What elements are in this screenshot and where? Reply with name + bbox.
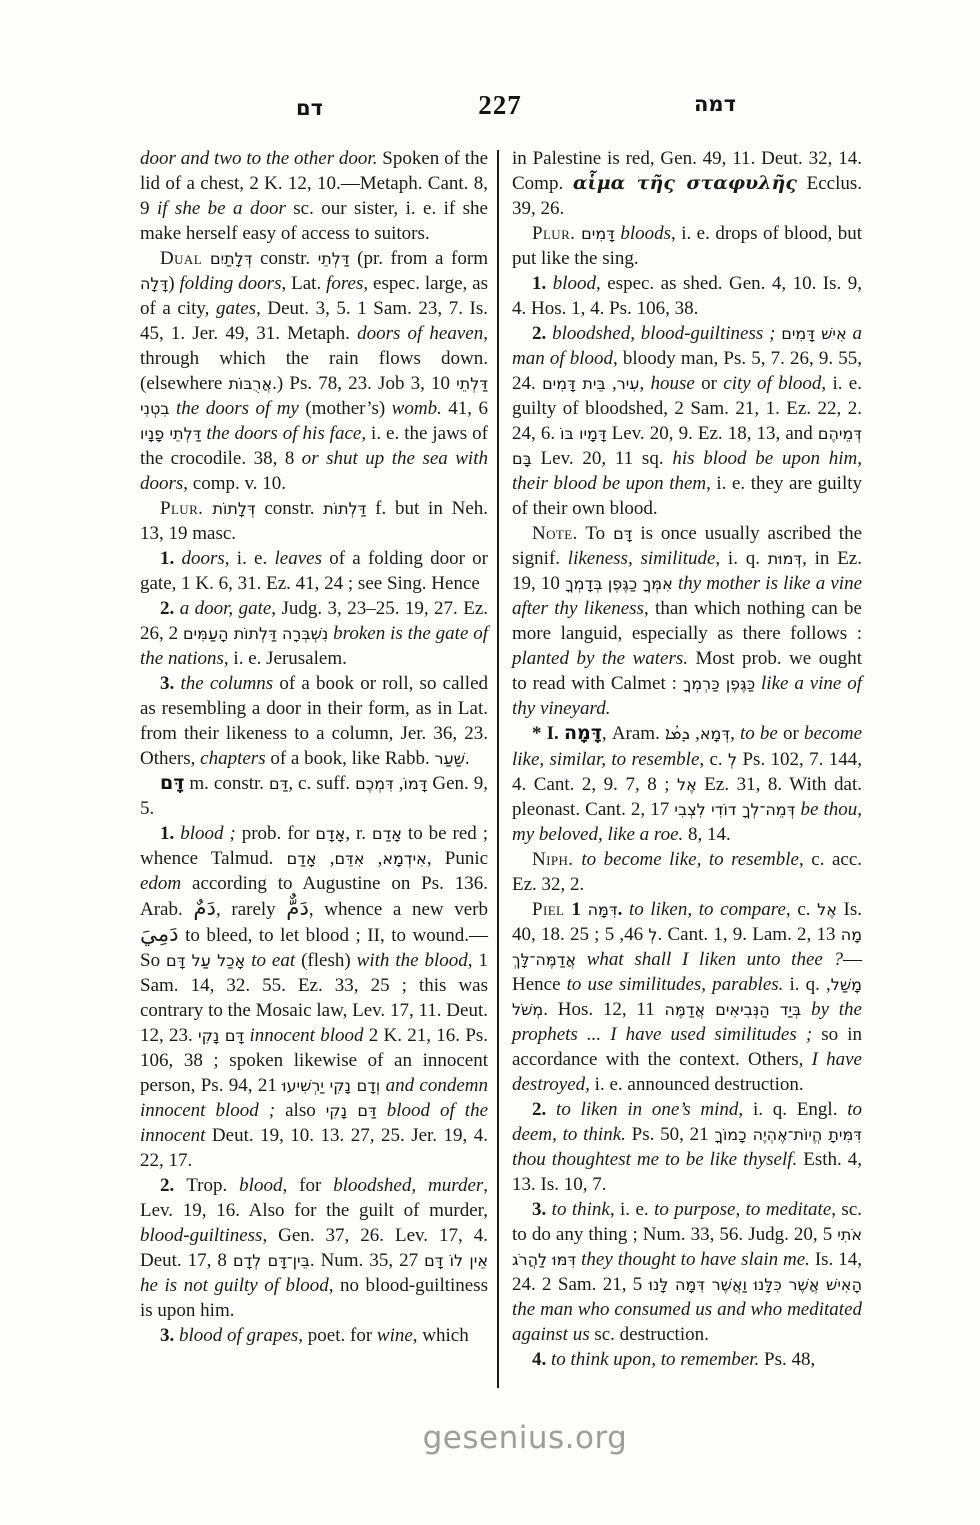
text-run-n: Ps. 48, [759,1349,815,1370]
text-run-b: 3. [160,673,180,694]
paragraph: * I. דָּמָה, Aram. דְּמָא, ܕܡܳܐ, to be o… [512,721,862,847]
text-run-he: אֶל [817,900,837,919]
text-run-n [801,999,811,1020]
text-run-i: bloodshed, murder [333,1175,483,1196]
column-divider-rule [497,150,499,1388]
text-run-he: שַׁעַר [434,749,464,768]
text-run-he: וְדָם נָקִי יַרְשִׁיעוּ [282,1076,380,1095]
text-run-he: דָּמָיו בּוֹ [560,424,606,443]
text-run-n: prob. for [236,823,316,844]
paragraph: 2. to liken in one’s mind, i. q. Engl. t… [512,1097,862,1197]
text-run-i: if she be a door [157,198,286,219]
text-run-n [581,899,588,920]
text-run-i: the doors of my [176,398,299,419]
text-run-i: thou thoughtest me to be like thyself. [512,1149,797,1170]
text-run-n: , i. e. Jerusalem. [224,648,347,669]
paragraph: דָּם m. constr. דַּם, c. suff. דָּמוֹ, ד… [140,771,488,821]
text-run-sy: ܕܡܳܐ [665,724,690,744]
text-run-n: constr. [252,248,317,269]
text-run-n: .) Ps. 78, 23. Job 3, 10 [272,373,456,394]
text-run-n: , [364,848,382,869]
text-run-n: 8, 14. [683,824,731,845]
text-run-n: constr. [256,498,324,519]
text-run-n: (pr. from a form [350,248,488,269]
running-head-right-hebrew-word: דמה [694,92,736,116]
text-run-he: אִישׁ דָּמִים [781,324,846,343]
text-run-i: house [651,373,695,394]
text-run-he: מָשַׁל [831,975,862,994]
text-run-i: door and two to the other door. [140,148,377,169]
paragraph: 4. to think upon, to remember. Ps. 48, [512,1347,862,1372]
text-run-he: בֵּית דָּמִים [542,374,606,393]
paragraph: Plur. דָּמִים bloods, i. e. drops of blo… [512,221,862,271]
text-run-i: what shall I liken unto thee ? [587,949,843,970]
text-run-he: דִּמָּה [588,900,618,919]
text-run-i: city of blood [723,373,821,394]
text-run-n: , Punic [427,848,488,869]
paragraph: 1. blood ; prob. for אָדָם, r. אָדַם to … [140,821,488,1173]
text-run-sc: Dual [160,248,210,269]
text-run-i: womb. [392,398,442,419]
text-run-he: בְּיַד הַנְּבִיאִים אֲדַמֶּה [665,1000,802,1019]
text-run-he: הָאִישׁ אֲשֶׁר כִּלָּנוּ וַאֲשֶׁר דִּמָּ… [649,1275,862,1294]
text-run-n: sc. destruction. [590,1324,709,1345]
text-run-i: fores [326,273,363,294]
text-run-n: also [275,1100,326,1121]
text-run-i: edom [140,873,181,894]
text-run-b: 2. [160,598,180,619]
paragraph: Plur. דְּלָתוֹת constr. דַּלְתוֹת f. but… [140,496,488,546]
text-run-n: , whence a new verb [309,899,488,920]
paragraph: door and two to the other door. Spoken o… [140,146,488,246]
text-run-i: gates [216,298,256,319]
text-run-he: דְּלָתַיִם [210,249,252,268]
text-run-sc: Piel [532,899,571,920]
text-run-n: , Lat. [281,273,326,294]
text-run-i: they thought to have slain me. [581,1249,810,1270]
text-run-n: i. e. announced destruction. [590,1074,804,1095]
text-run-n: , Aram. [602,723,665,744]
paragraph: 3. to think, i. e. to purpose, to medita… [512,1197,862,1347]
text-run-i: leaves [275,548,322,569]
paragraph: Niph. to become like, to resemble, c. ac… [512,847,862,897]
text-run-n: ) [168,273,179,294]
paragraph: 3. blood of grapes, poet. for wine, whic… [140,1323,488,1348]
text-run-n [377,1100,387,1121]
text-run-i: folding doors [179,273,281,294]
text-run-n [576,949,587,970]
text-run-n: Ps. 50, 21 [626,1124,715,1145]
text-run-b: 1. [160,548,182,569]
text-run-n: . [465,748,470,769]
text-run-n: , [690,723,700,744]
text-run-n: , [639,373,650,394]
text-run-he: דַּלְתֵי [318,249,350,268]
text-run-hw: דָּמָה [564,722,602,744]
text-run-i: to think upon, to remember. [551,1349,759,1370]
page-number: 227 [460,90,540,121]
running-head: דם 227 דמה [0,90,980,130]
text-run-he: דְּלָתוֹת [213,499,256,518]
text-run-n: or [778,723,804,744]
text-run-i: the doors of his face [206,423,361,444]
text-run-n: , i. e. [610,1199,654,1220]
text-run-b: 2. [532,1099,556,1120]
text-run-b: 3. [160,1325,179,1346]
text-run-b: 1. [532,273,553,294]
text-run-n: (mother’s) [299,398,392,419]
text-run-ar: دَمٌّ [286,896,309,921]
text-run-n: (flesh) [295,950,357,971]
text-run-i: blood [553,273,596,294]
text-run-i: innocent blood [250,1025,364,1046]
paragraph: Dual דְּלָתַיִם constr. דַּלְתֵי (pr. fr… [140,246,488,496]
text-run-ar: دَمٌ [193,896,216,921]
text-run-n: , i. q. Engl. [738,1099,847,1120]
text-run-g: αἷμα τῆς σταφυλῆς [573,172,797,194]
text-run-he: אִדֵּם [334,849,364,868]
text-run-i: planted by the waters. [512,648,688,669]
text-run-n: , which [413,1325,469,1346]
scanned-lexicon-page: דם 227 דמה door and two to the other doo… [0,0,980,1525]
text-run-sc: Niph. [532,849,581,870]
text-run-he: בֵּין־דָּם לְדָם [233,1251,310,1270]
text-run-hw: דָּם [160,772,184,794]
text-run-he: דְּמֵה־לְךָ דוֹדִי לִצְבִי [674,800,795,819]
text-run-n: m. constr. [184,773,269,794]
text-run-i: bloods [620,223,671,244]
text-run-he: דָּמוֹ [403,774,427,793]
paragraph: 2. bloodshed, blood-guiltiness ; אִישׁ ד… [512,321,862,521]
text-run-i: wine [377,1325,413,1346]
text-run-n: , rarely [216,899,286,920]
text-run-he: דִּמְכֶם [355,774,394,793]
text-run-i: chapters [200,748,265,769]
text-run-n: , for [282,1175,333,1196]
paragraph: 2. Trop. blood, for bloodshed, murder, L… [140,1173,488,1323]
text-run-i: to think [552,1199,610,1220]
text-run-n: , poet. for [298,1325,377,1346]
paragraph: 1. doors, i. e. leaves of a folding door… [140,546,488,596]
text-run-n: , c. suff. [288,773,355,794]
text-run-he: אָדָם [315,824,345,843]
text-run-n: , r. [345,823,372,844]
text-run-he: דָּם [613,524,632,543]
text-run-n: Lev. 20, 9. Ez. 18, 13, and [607,423,818,444]
text-run-n: 41, 6 [442,398,488,419]
text-run-b: 1. [160,823,180,844]
text-run-he: דַּלְתֵי פָנָיו [140,424,201,443]
text-run-i: doors of heaven [357,323,483,344]
text-run-sc: Plur. [532,223,581,244]
text-run-n: , i. e. [225,548,275,569]
text-run-n: . Hos. 12, 11 [543,999,664,1020]
text-run-n: Trop. [186,1175,239,1196]
text-run-i: the columns [180,673,273,694]
text-run-n: . Num. 35, 27 [310,1250,424,1271]
text-run-he: דַּם נָקִי [326,1101,377,1120]
text-run-sc: Plur. [160,498,213,519]
paragraph: Note. To דָּם is once usually ascribed t… [512,521,862,721]
text-run-n: , i. q. [715,548,767,569]
text-run-he: אֶל [677,775,697,794]
text-run-i: to purpose, to meditate [654,1199,831,1220]
text-run-b: * I. [532,723,564,744]
text-run-i: blood [239,1175,282,1196]
left-text-column: door and two to the other door. Spoken o… [140,146,488,1390]
text-run-b: 3. [532,1199,552,1220]
text-run-i: he is not guilty of blood [140,1275,329,1296]
paragraph: Piel דִּמָּה 1. to liken, to compare, c.… [512,897,862,1097]
text-run-he: דָּם נָקִי [198,1026,244,1045]
text-run-b: 2. [532,323,552,344]
text-run-n: Lev. 20, 11 sq. [532,448,673,469]
text-run-he: דַּלְתוֹת [323,499,366,518]
text-run-n: 46, 5. Cant. 1, 9. Lam. 2, 13 [605,924,841,945]
text-run-n: or [695,373,723,394]
text-run-he: דִּמִּיתָ הֱיוֹת־אֶהְיֶה כָמוֹךָ [714,1125,862,1144]
text-run-i: a door, gate [180,598,272,619]
text-run-i: to liken, to compare [629,899,786,920]
text-run-he: אֵין לוֹ דָּם [424,1251,488,1270]
text-run-he: דְּמָא [700,724,730,743]
paragraph: 3. the columns of a book or roll, so cal… [140,671,488,771]
right-text-column: in Palestine is red, Gen. 49, 11. Deut. … [512,146,862,1390]
text-run-he: מְשֹׁל [512,1000,543,1019]
text-run-he: אִמְּךָ כַגֶּפֶן בְּדָמְךָ [565,574,673,593]
text-run-b: 2. [160,1175,186,1196]
text-run-i: to liken in one’s mind [556,1099,738,1120]
text-run-he: אֲרֻבּוֹת [228,374,272,393]
paragraph: in Palestine is red, Gen. 49, 11. Deut. … [512,146,862,221]
text-run-he: דְּמוּת [768,549,802,568]
text-run-he: אָדַם [372,824,402,843]
text-run-he: דַּם [269,774,288,793]
text-run-n: i. q. [783,974,826,995]
text-run-i: to become like, to resemble [581,849,799,870]
text-run-i: to use similitudes, parables. [567,974,784,995]
text-run-i: with the blood [357,950,468,971]
text-run-he: אִידְמָא [382,849,426,868]
text-run-n: , comp. v. 10. [183,473,286,494]
text-run-n: , c. [699,749,728,770]
text-run-i: doors [182,548,225,569]
text-run-sc: Note. [532,523,578,544]
text-run-n: , c. [786,899,817,920]
text-run-n: , [317,848,335,869]
text-run-he: דָּלָה [140,274,168,293]
text-run-he: אָכַל עַל דָּם [166,951,245,970]
text-run-he: לְ [728,750,737,769]
text-run-i: likeness, similitude [568,548,716,569]
text-run-i: blood ; [180,823,236,844]
text-run-he: דָּמִים [581,224,615,243]
text-run-i: bloodshed, blood-guiltiness ; [552,323,775,344]
watermark: gesenius.org [423,1420,628,1456]
text-run-b: 4. [532,1349,551,1370]
text-run-i: to be [740,723,778,744]
text-run-he: כַּגֶּפֶן כַּרְמְךָ [683,674,755,693]
text-run-he: אָדַם [287,849,317,868]
running-head-left-hebrew-word: דם [296,96,323,120]
paragraph: 1. blood, espec. as shed. Gen. 4, 10. Is… [512,271,862,321]
text-run-i: blood-guiltiness [140,1225,262,1246]
text-run-ar: دَمِيَ [140,922,179,947]
text-run-i: to eat [251,950,295,971]
text-run-i: blood of grapes [179,1325,298,1346]
text-run-n: of a book, like Rabb. [266,748,435,769]
text-run-he: עִיר [617,374,640,393]
text-run-n: , [606,373,617,394]
text-run-n: , [730,723,740,744]
text-run-he: נִשְׁבְּרָה דַּלְתוֹת הָעַמִּים [183,624,328,643]
text-run-n: To [578,523,613,544]
paragraph: 2. a door, gate, Judg. 3, 23–25. 19, 27.… [140,596,488,671]
